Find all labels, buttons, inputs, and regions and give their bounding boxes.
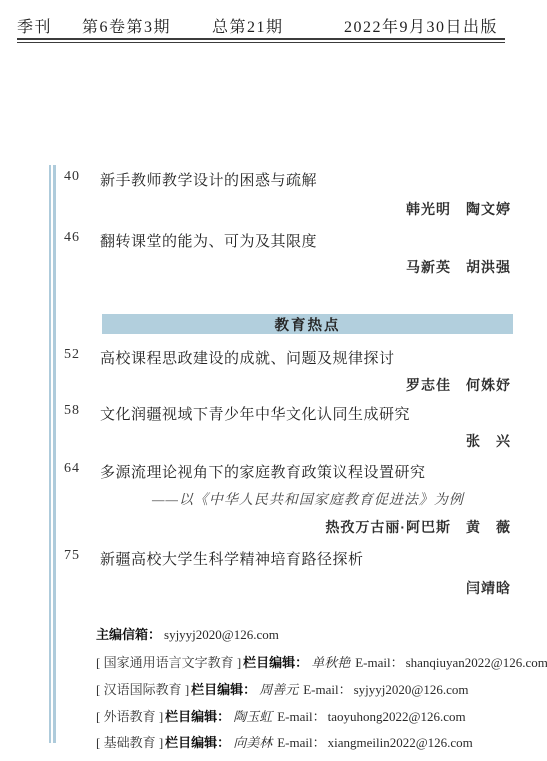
accent-vertical-rule: [49, 165, 56, 743]
section-banner: 教育热点: [102, 314, 513, 334]
email-address: taoyuhong2022@126.com: [328, 709, 466, 724]
column-section-label: [ 外语教育 ]: [96, 709, 163, 724]
column-editor-name: 周善元: [259, 682, 298, 697]
header-double-rule: [17, 38, 505, 43]
volume-issue: 第6卷第3期: [82, 14, 171, 37]
article-authors: 张 兴: [466, 431, 511, 451]
chief-editor-email: syjyyj2020@126.com: [164, 627, 279, 642]
email-label: E-mail：: [355, 655, 403, 670]
article-authors: 罗志佳 何姝妤: [406, 375, 511, 395]
article-authors: 闫靖晗: [466, 578, 511, 598]
journal-toc-page: 季刊 第6卷第3期 总第21期 2022年9月30日出版 40 新手教师教学设计…: [0, 0, 547, 761]
page-number: 58: [64, 403, 90, 419]
page-number: 52: [64, 347, 90, 363]
article-title: 新手教师教学设计的困惑与疏解: [100, 169, 317, 190]
column-section-label: [ 汉语国际教育 ]: [96, 682, 189, 697]
column-editor-name: 陶玉虹: [233, 709, 272, 724]
article-title: 文化润疆视域下青少年中华文化认同生成研究: [100, 403, 410, 424]
column-editor-name: 向美林: [233, 735, 272, 750]
column-role-label: 栏目编辑：: [243, 655, 308, 670]
email-label: E-mail：: [277, 735, 325, 750]
article-title: 新疆高校大学生科学精神培育路径探析: [100, 548, 364, 569]
article-title: 多源流理论视角下的家庭教育政策议程设置研究: [100, 461, 426, 482]
column-role-label: 栏目编辑：: [165, 735, 230, 750]
chief-editor-label: 主编信箱：: [96, 627, 161, 642]
column-editor-name: 单秋艳: [311, 655, 350, 670]
total-issue: 总第21期: [212, 14, 284, 37]
column-section-label: [ 国家通用语言文字教育 ]: [96, 655, 241, 670]
page-number: 75: [64, 548, 90, 564]
page-number: 64: [64, 461, 90, 477]
email-address: xiangmeilin2022@126.com: [328, 735, 473, 750]
column-editor-line: [ 汉语国际教育 ]栏目编辑：周善元E-mail：syjyyj2020@126.…: [96, 679, 468, 698]
publish-date: 2022年9月30日出版: [344, 14, 498, 37]
column-editor-line: [ 外语教育 ]栏目编辑：陶玉虹E-mail：taoyuhong2022@126…: [96, 706, 466, 725]
email-address: shanqiuyan2022@126.com: [406, 655, 547, 670]
column-role-label: 栏目编辑：: [191, 682, 256, 697]
article-title: 高校课程思政建设的成就、问题及规律探讨: [100, 347, 395, 368]
email-label: E-mail：: [277, 709, 325, 724]
chief-editor-line: 主编信箱：syjyyj2020@126.com: [96, 624, 279, 643]
article-title: 翻转课堂的能为、可为及其限度: [100, 230, 317, 251]
email-label: E-mail：: [303, 682, 351, 697]
column-editor-line: [ 基础教育 ]栏目编辑：向美林E-mail：xiangmeilin2022@1…: [96, 732, 473, 751]
page-number: 40: [64, 169, 90, 185]
page-number: 46: [64, 230, 90, 246]
article-authors: 韩光明 陶文婷: [406, 199, 511, 219]
column-role-label: 栏目编辑：: [165, 709, 230, 724]
article-authors: 马新英 胡洪强: [406, 257, 511, 277]
column-section-label: [ 基础教育 ]: [96, 735, 163, 750]
article-authors: 热孜万古丽·阿巴斯 黄 薇: [325, 517, 511, 537]
email-address: syjyyj2020@126.com: [354, 682, 469, 697]
column-editor-line: [ 国家通用语言文字教育 ]栏目编辑：单秋艳E-mail：shanqiuyan2…: [96, 652, 547, 671]
article-subtitle: ——以《中华人民共和国家庭教育促进法》为例: [152, 489, 464, 509]
issue-frequency: 季刊: [17, 14, 52, 37]
